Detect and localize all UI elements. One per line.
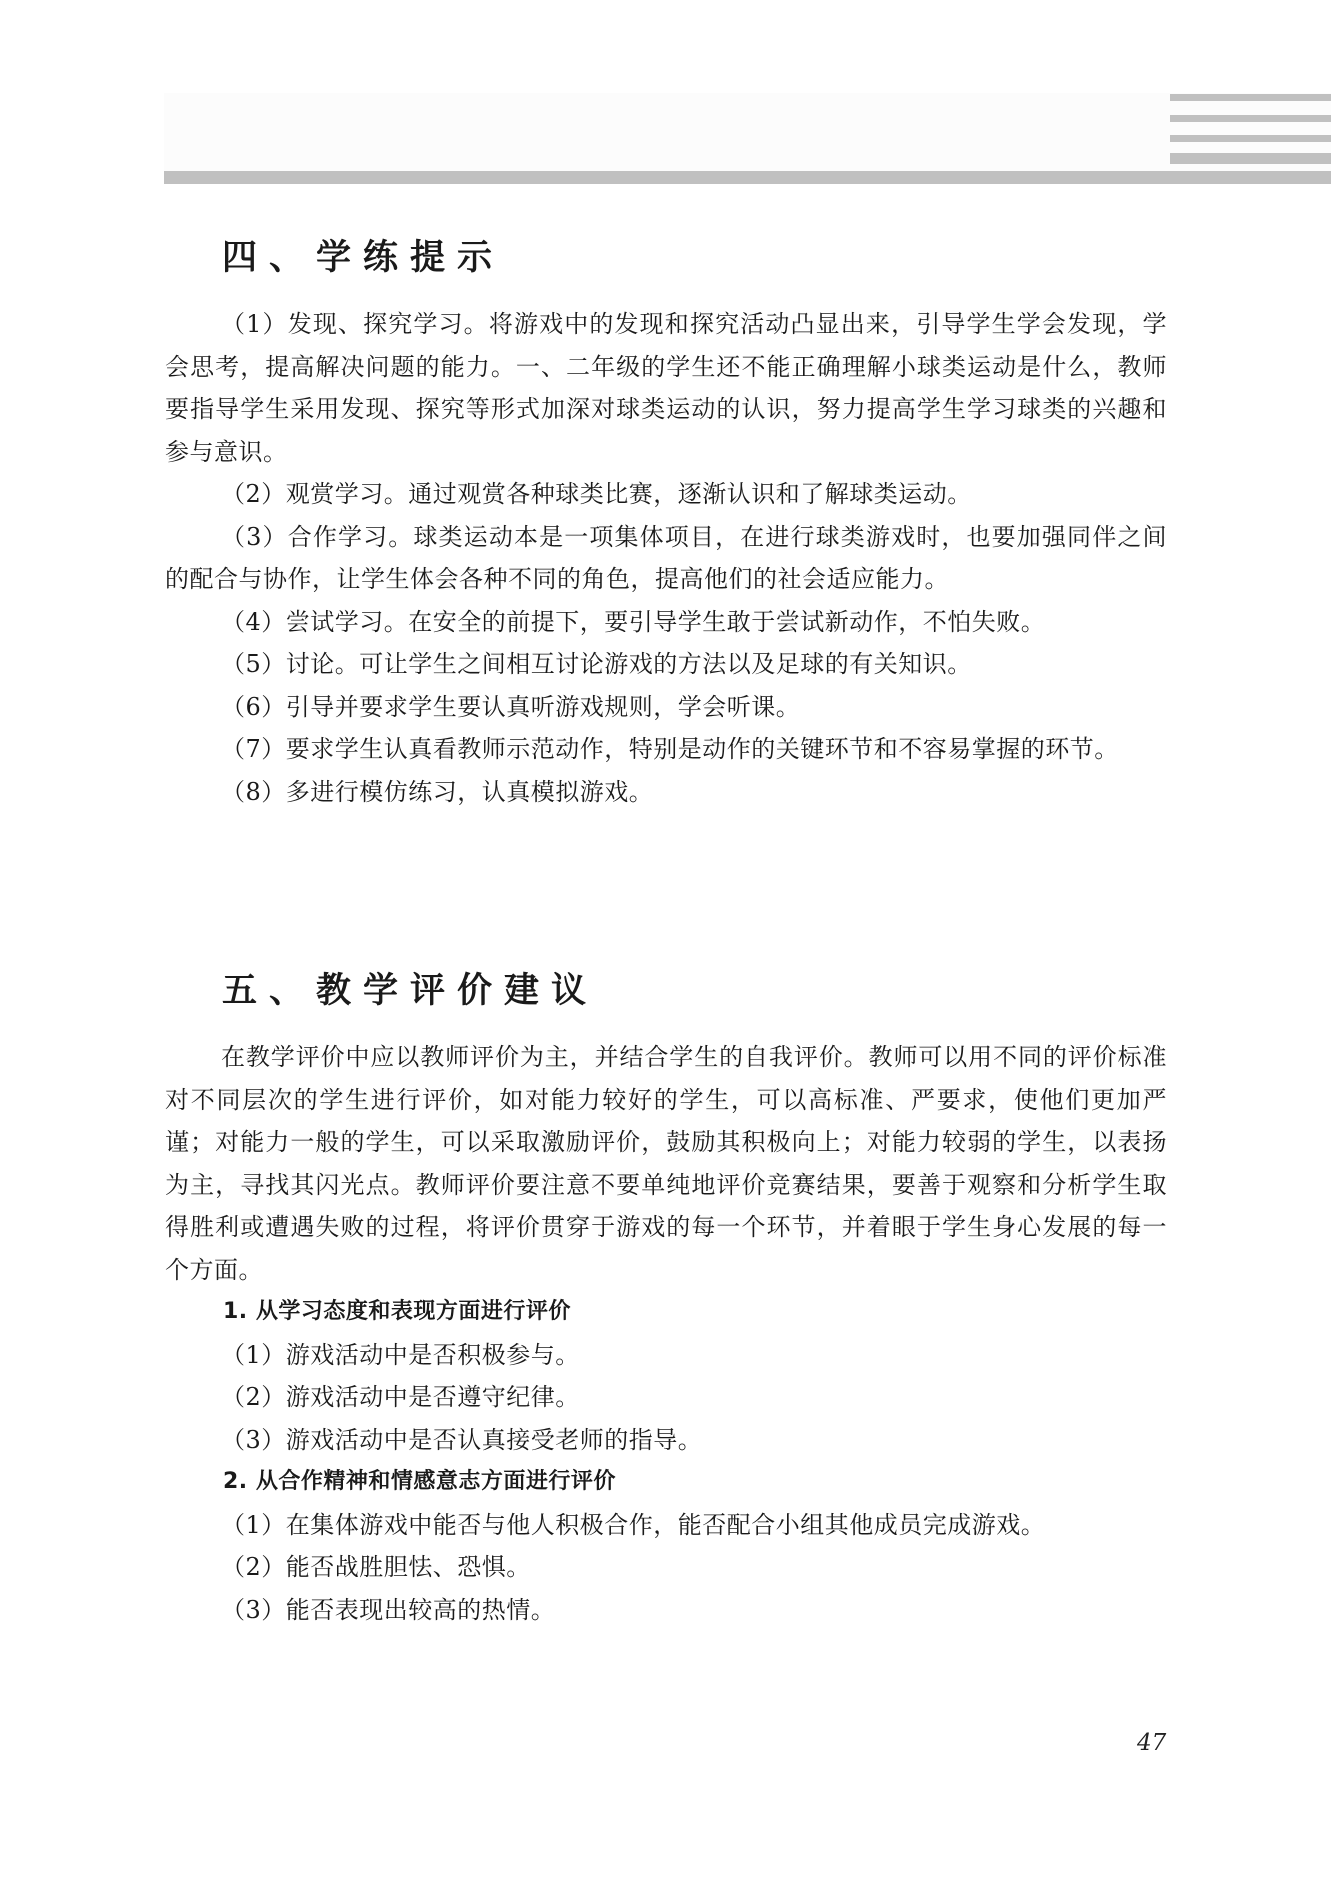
paragraph: （8）多进行模仿练习，认真模拟游戏。	[165, 771, 1167, 814]
paragraph: （7）要求学生认真看教师示范动作，特别是动作的关键环节和不容易掌握的环节。	[165, 728, 1167, 771]
paragraph: （3）合作学习。球类运动本是一项集体项目，在进行球类游戏时，也要加强同伴之间的配…	[165, 516, 1167, 601]
subsection-heading: 1. 从学习态度和表现方面进行评价	[165, 1291, 1167, 1334]
list-item: （3）游戏活动中是否认真接受老师的指导。	[165, 1419, 1167, 1462]
list-item: （2）游戏活动中是否遵守纪律。	[165, 1376, 1167, 1419]
list-item: （3）能否表现出较高的热情。	[165, 1589, 1167, 1632]
subsection-heading: 2. 从合作精神和情感意志方面进行评价	[165, 1461, 1167, 1504]
section-4-body: （1）发现、探究学习。将游戏中的发现和探究活动凸显出来，引导学生学会发现，学会思…	[165, 303, 1167, 813]
section-5-body: 在教学评价中应以教师评价为主，并结合学生的自我评价。教师可以用不同的评价标准对不…	[165, 1036, 1167, 1631]
header-stripe	[1170, 153, 1331, 164]
paragraph: （4）尝试学习。在安全的前提下，要引导学生敢于尝试新动作，不怕失败。	[165, 601, 1167, 644]
header-rule	[164, 171, 1331, 184]
header-stripe	[1170, 135, 1331, 142]
header-band	[164, 93, 1331, 171]
paragraph: （2）观赏学习。通过观赏各种球类比赛，逐渐认识和了解球类运动。	[165, 473, 1167, 516]
page-number: 47	[1137, 1730, 1166, 1756]
header-stripe	[1170, 94, 1331, 101]
list-item: （1）游戏活动中是否积极参与。	[165, 1334, 1167, 1377]
intro-paragraph: 在教学评价中应以教师评价为主，并结合学生的自我评价。教师可以用不同的评价标准对不…	[165, 1036, 1167, 1291]
section-4-title: 四、学练提示	[222, 230, 504, 286]
section-5-title: 五、教学评价建议	[222, 963, 598, 1019]
list-item: （2）能否战胜胆怯、恐惧。	[165, 1546, 1167, 1589]
list-item: （1）在集体游戏中能否与他人积极合作，能否配合小组其他成员完成游戏。	[165, 1504, 1167, 1547]
paragraph: （5）讨论。可让学生之间相互讨论游戏的方法以及足球的有关知识。	[165, 643, 1167, 686]
paragraph: （1）发现、探究学习。将游戏中的发现和探究活动凸显出来，引导学生学会发现，学会思…	[165, 303, 1167, 473]
header-stripe	[1170, 115, 1331, 122]
paragraph: （6）引导并要求学生要认真听游戏规则，学会听课。	[165, 686, 1167, 729]
